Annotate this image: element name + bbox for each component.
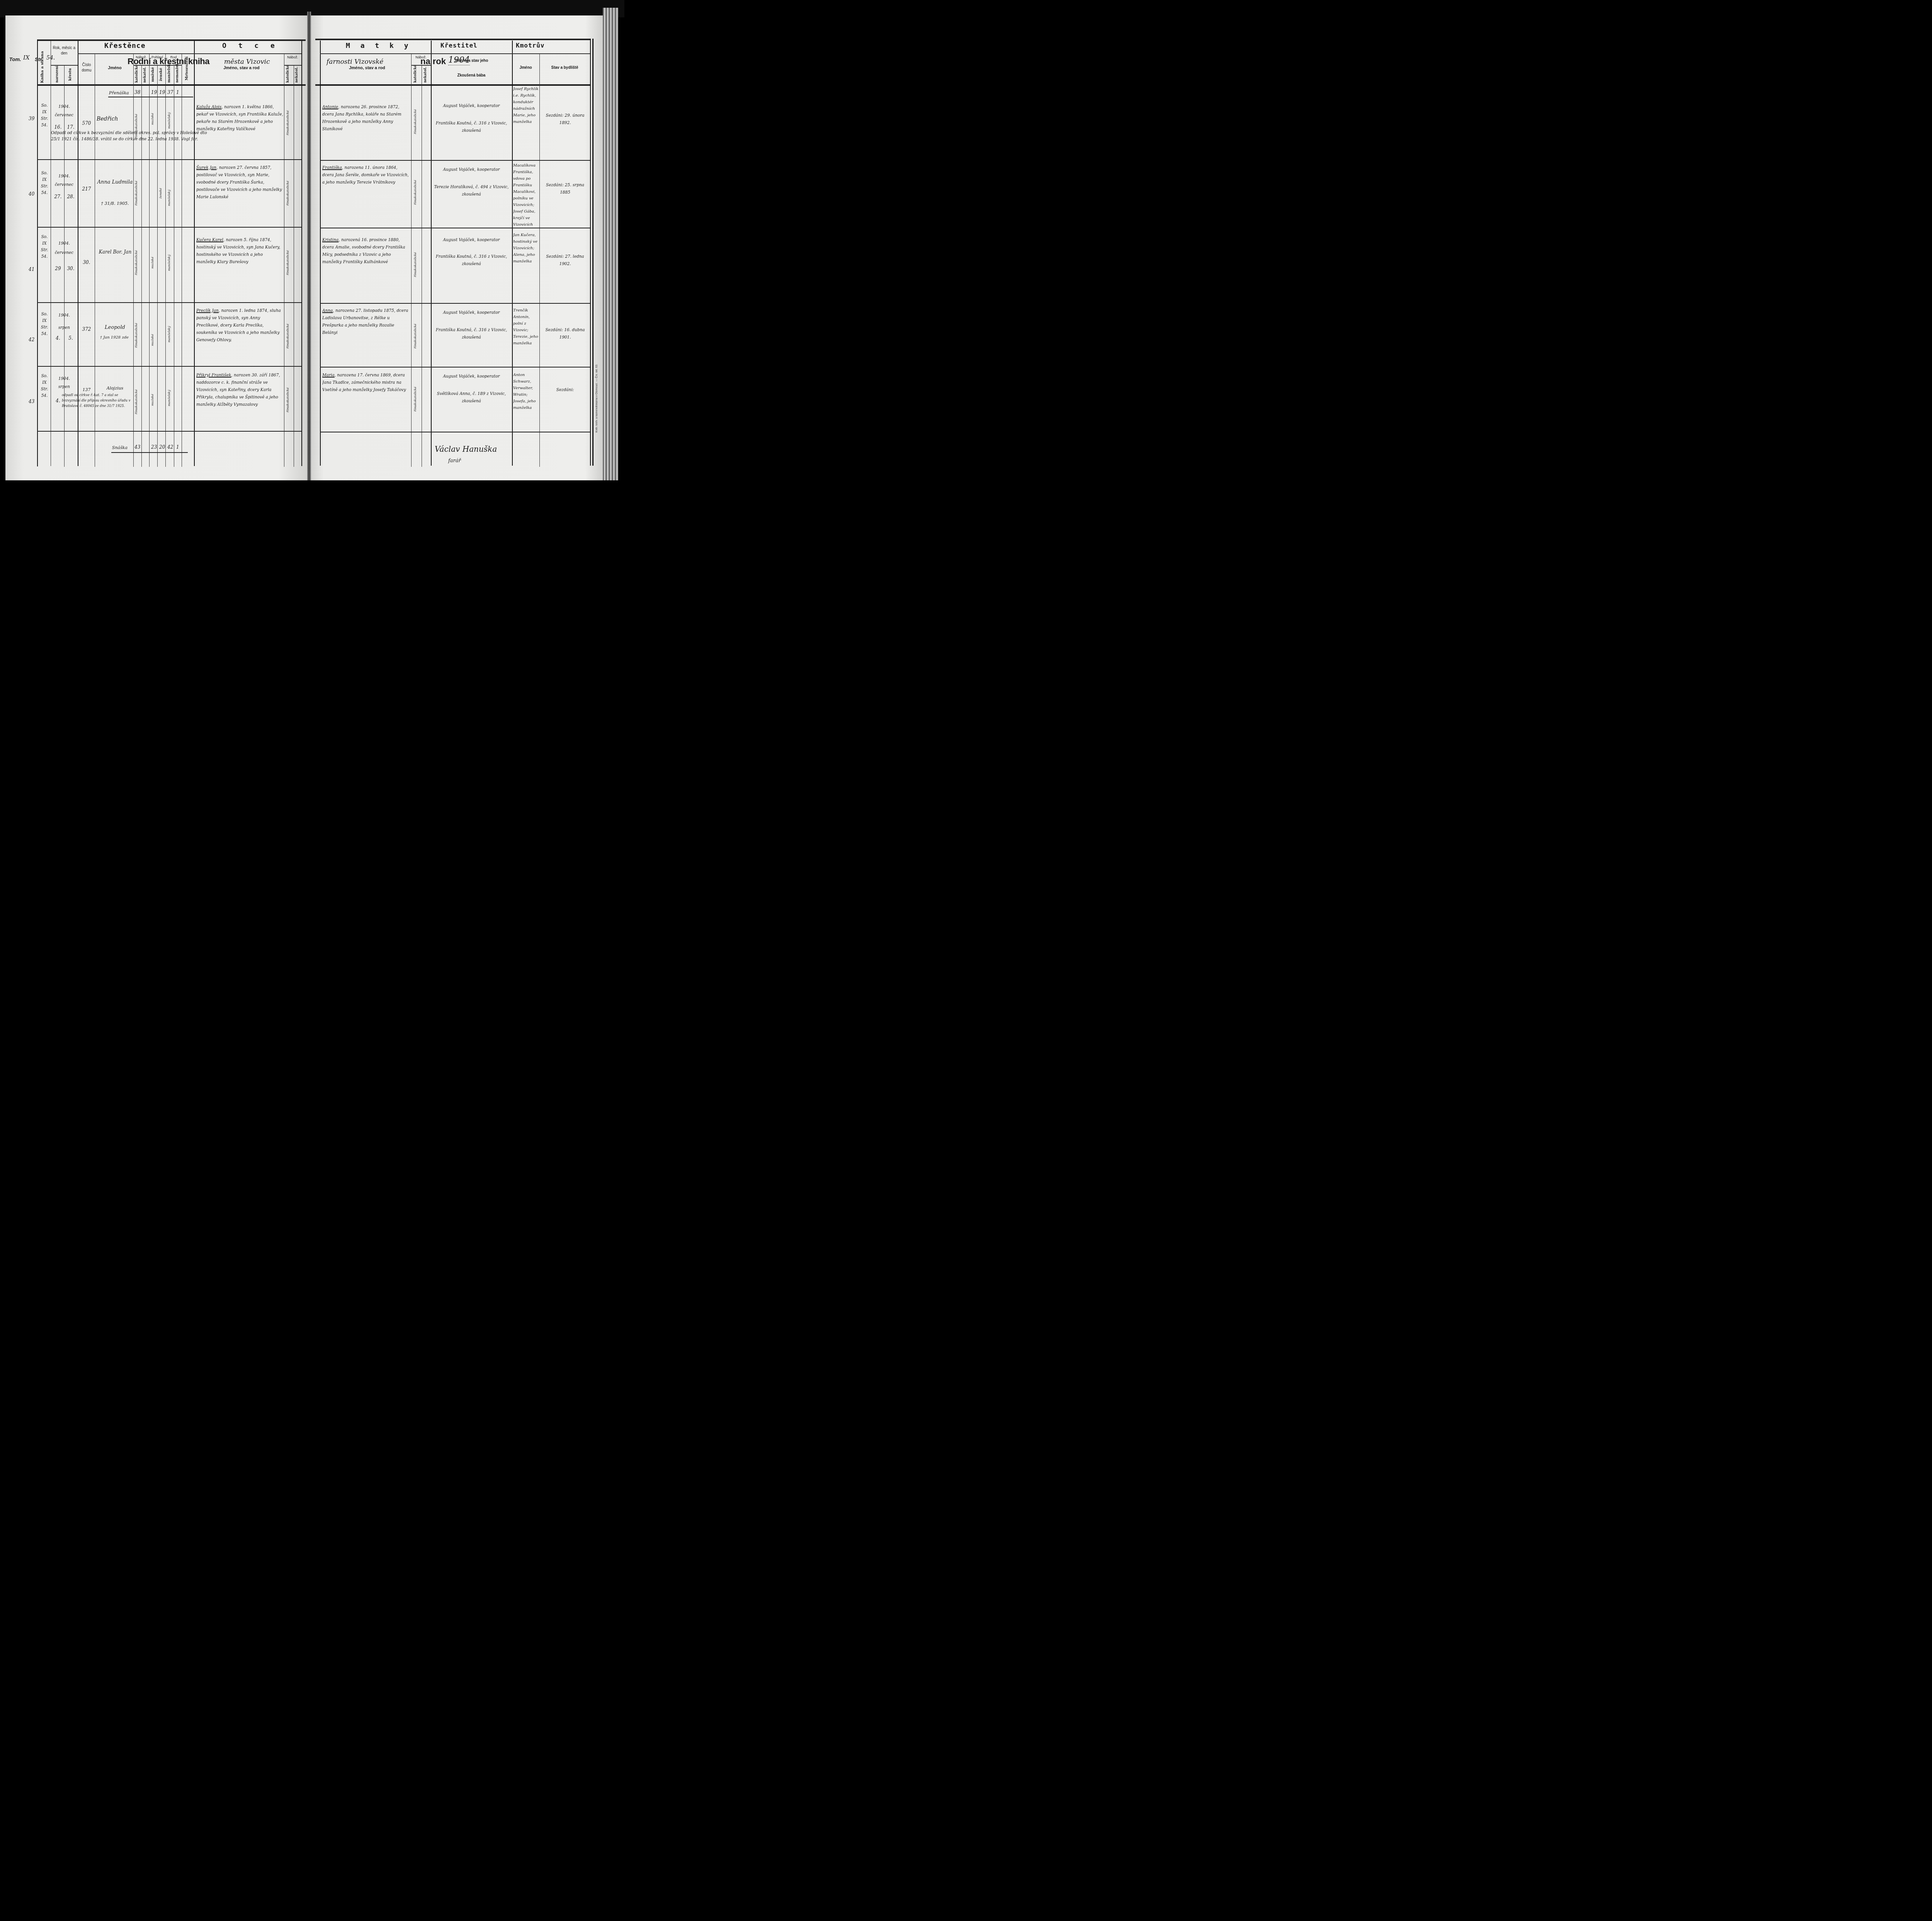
father-detail: , narozen 30. září 1867, naddozorce c. k…	[196, 373, 280, 407]
father-cell: Kučera Karel, narozen 5. října 1874, hos…	[196, 237, 283, 266]
col-divider	[165, 53, 166, 467]
signature-name: Václav Hanuška	[435, 444, 497, 454]
kniha-str: Str.	[39, 386, 50, 393]
tom-value: IX	[23, 54, 30, 61]
col-otce-katolicke: katolické	[286, 66, 290, 83]
signature-title: farář	[448, 458, 461, 464]
totals-manzelsky: 42	[167, 444, 173, 450]
carry-over-underline	[108, 97, 193, 97]
naboz-mark: římskokatolické	[134, 309, 138, 361]
kniha-strana: So. IX Str. 54.	[39, 170, 50, 196]
right-border-double	[592, 39, 594, 466]
left-border	[37, 39, 38, 466]
narozeni-day: 29	[52, 266, 64, 271]
pohlavi-mark: ženské	[159, 182, 162, 205]
pohlavi-mark: mužské	[151, 247, 154, 278]
scan-background-top	[0, 0, 624, 17]
row-number: 40	[29, 191, 34, 197]
rod-mark: manželský	[167, 315, 171, 354]
baptizer: August Vojáček, kooperator	[433, 373, 510, 380]
farnosti-value: farnosti Vizovské	[327, 58, 383, 66]
father-naboz-mark: římskokatolické	[286, 164, 289, 222]
midwife: Františka Koutná, č. 316 z Vizovic, zkou…	[433, 253, 510, 268]
col-otce-jmeno-stav-rod: Jméno, stav a rod	[201, 66, 282, 70]
header-subdivider	[51, 65, 78, 66]
father-naboz-mark: římskokatolické	[286, 93, 289, 153]
row-number: 41	[29, 267, 34, 272]
col-kmotruv: Kmotrův	[516, 42, 544, 49]
col-divider	[51, 41, 51, 466]
mother-naboz-mark: římskokatolické	[413, 236, 417, 294]
naboz-mark: římskokatolické	[134, 101, 138, 151]
kniha-strana: So. IX Str. 54.	[39, 102, 50, 129]
col-matky: M a t k y	[346, 42, 412, 50]
kniha-str: Str.	[39, 183, 50, 190]
mother-name: Františka	[322, 165, 342, 170]
col-divider	[294, 65, 294, 467]
col-manzelsky: manželský	[167, 66, 171, 83]
baptizer: August Vojáček, kooperator	[433, 309, 510, 316]
krestu-day: 5.	[65, 335, 77, 341]
apostasy-note: Odpadl od církve k bezvyznání dle sdělen…	[51, 130, 207, 142]
col-krestu: křestu	[68, 66, 72, 83]
col-matky-jmeno-stav-rod: Jméno, stav a rod	[325, 66, 410, 70]
header-subdivider	[320, 53, 590, 54]
col-zkousena-baba: Zkoušená bába	[433, 73, 510, 78]
kniha-page: 54.	[39, 393, 50, 399]
printer-note: Knih. kníh- a kamenotiskárna v Olomouci.…	[595, 340, 598, 456]
baptizer: August Vojáček, kooperator	[433, 166, 510, 174]
birth-month: srpen	[52, 325, 77, 331]
kniha-tom: IX	[39, 177, 50, 183]
mother-naboz-mark: římskokatolické	[413, 307, 417, 365]
col-otce-naboz: Nábož.	[284, 55, 301, 59]
mother-cell: Anna, narozena 27. listopadu 1875, dcera…	[322, 307, 410, 337]
kniha-strana: So. IX Str. 54.	[39, 234, 50, 260]
krestu-day: 17.	[65, 124, 77, 130]
father-cell: Kaluža Alois, narozen 1. května 1866, pe…	[196, 104, 283, 133]
rod-mark: manželský	[167, 243, 171, 282]
mother-naboz-mark: římskokatolické	[413, 371, 417, 427]
carry-over-katolicke: 38	[134, 90, 140, 95]
father-name: Preclík Jan	[196, 308, 219, 313]
child-name: Leopold	[97, 325, 133, 330]
midwife: Františka Koutná, č. 316 z Vizovic, zkou…	[433, 327, 510, 341]
father-name: Kučera Karel	[196, 238, 223, 242]
col-divider	[194, 41, 195, 466]
row-separator	[37, 431, 301, 432]
col-krestence: Křestěnce	[104, 42, 146, 50]
father-cell: Přikryl František, narozen 30. září 1867…	[196, 372, 283, 408]
col-matky-katolicke: katolické	[413, 66, 417, 83]
father-detail: , narozen 1. ledna 1874, sluha panský ve…	[196, 308, 281, 342]
birth-year: 1904.	[52, 312, 77, 319]
carry-over-label: Přenáška	[109, 90, 129, 95]
col-naboz: Nábož.	[133, 55, 149, 59]
row-separator	[320, 432, 590, 432]
cislo-domu: 372	[79, 327, 94, 332]
col-matky-naboz: Nábož.	[411, 55, 431, 59]
row-number: 43	[29, 399, 34, 404]
pohlavi-mark: mužské	[151, 325, 154, 356]
father-naboz-mark: římskokatolické	[286, 232, 289, 294]
col-cislo-domu: Číslo domu	[79, 63, 94, 73]
row-separator	[37, 159, 301, 160]
narozeni-day: 4.	[52, 335, 64, 341]
naboz-mark: římskokatolické	[134, 236, 138, 290]
child-name: Alojzius	[97, 386, 133, 391]
right-table-top-border	[315, 39, 591, 40]
tom-label: Tom.	[9, 56, 21, 62]
carry-over-manzelsky: 37	[167, 90, 173, 95]
carry-over-nemanzel: 1	[176, 90, 179, 95]
naboz-mark: římskokatolické	[134, 377, 138, 427]
totals-label: Snáška	[112, 445, 128, 450]
header-subdivider	[78, 53, 301, 54]
baptizer: August Vojáček, kooperator	[433, 102, 510, 110]
father-name: Šurek Jan	[196, 165, 216, 170]
kniha-so: So.	[39, 102, 50, 109]
col-otce: O t c e	[222, 42, 279, 50]
col-kniha-a-strana: Kniha a strana	[40, 54, 44, 83]
kniha-str: Str.	[39, 324, 50, 331]
mother-cell: Františka, narozena 11. února 1864, dcer…	[322, 164, 410, 186]
row-number: 39	[29, 116, 34, 121]
col-mrtvorozeni: Mrtvorození	[185, 54, 189, 83]
birth-year: 1904.	[52, 173, 77, 180]
col-rok-mesic-den: Rok, měsíc a den	[51, 46, 77, 56]
godparent-stav: Sezdáni:	[541, 386, 589, 394]
col-divider	[133, 53, 134, 467]
father-cell: Preclík Jan, narozen 1. ledna 1874, sluh…	[196, 307, 283, 344]
mother-cell: Maria, narozena 17. června 1869, dcera J…	[322, 372, 410, 394]
row-separator	[37, 302, 301, 303]
godparent-stav: Sezdáni: 16. dubna 1901.	[541, 327, 589, 341]
col-divider	[539, 53, 540, 467]
col-muzske: mužské	[151, 66, 155, 83]
col-zenske: ženské	[159, 66, 163, 83]
row-separator	[320, 160, 590, 161]
col-stav-bydliste: Stav a bydliště	[539, 66, 590, 70]
col-otce-nekatol: nekatol.	[295, 66, 299, 83]
rod-mark: manželský	[167, 179, 171, 217]
kniha-so: So.	[39, 234, 50, 240]
row-separator	[320, 303, 590, 304]
row-separator	[37, 366, 301, 367]
cislo-domu: 217	[79, 186, 94, 192]
baptizer: August Vojáček, kooperator	[433, 237, 510, 244]
father-detail: , narozen 27. června 1857, postilovač ve…	[196, 165, 282, 199]
midwife: Františka Koutná, č. 316 z Vizovic, zkou…	[433, 120, 510, 134]
row-separator	[320, 228, 590, 228]
birth-year: 1904.	[52, 104, 77, 110]
child-name: Bedřich	[97, 116, 133, 122]
narozeni-day: 16.	[52, 124, 64, 130]
col-jmeno: Jméno	[97, 66, 133, 70]
col-divider	[149, 53, 150, 467]
godparent: Anton Schwarz, Verwalter, Wratin; Josefa…	[513, 372, 539, 411]
cislo-domu: 137	[79, 387, 94, 392]
birth-month: červenec	[52, 112, 77, 119]
death-note: † Jan 1928 zde	[95, 335, 134, 340]
carry-over-muzske: 19	[151, 90, 157, 95]
kniha-so: So.	[39, 373, 50, 379]
birth-month: červenec	[52, 250, 77, 256]
carry-over-zenske: 19	[159, 90, 165, 95]
kniha-str: Str.	[39, 116, 50, 122]
krestu-day: 28.	[65, 194, 77, 199]
book-spine	[307, 12, 311, 480]
totals-nemanzel: 1	[176, 444, 179, 450]
cislo-domu: 30.	[79, 260, 94, 265]
kniha-tom: IX	[39, 109, 50, 116]
krestu-day: 30.	[65, 266, 77, 271]
mother-detail: , narozena 27. listopadu 1875, dcera Lad…	[322, 308, 408, 335]
narozeni-day: 27.	[52, 194, 64, 199]
right-border-right	[590, 39, 591, 466]
kniha-strana: So. IX Str. 54.	[39, 373, 50, 399]
totals-muzske: 23	[151, 444, 157, 450]
col-divider	[141, 65, 142, 467]
totals-underline	[111, 452, 188, 453]
mother-cell: Kristina, narozená 16. prosince 1880, dc…	[322, 237, 410, 266]
midwife: Světlíková Anna, č. 189 z Vizovic, zkouš…	[433, 390, 510, 405]
birth-year: 1904.	[52, 376, 77, 382]
kniha-page: 54.	[39, 190, 50, 196]
header-subdivider	[133, 65, 182, 66]
father-name: Kaluža Alois	[196, 105, 221, 109]
col-pohlavi: Pohlaví	[149, 55, 165, 59]
row-separator	[320, 367, 590, 368]
kniha-page: 54.	[39, 254, 50, 260]
col-krestitel: Křestitel	[440, 42, 478, 49]
mother-naboz-mark: římskokatolické	[413, 162, 417, 222]
child-name: Karel Bor. Jan	[97, 247, 133, 257]
col-divider	[411, 53, 412, 467]
apostasy-note: odpadl od církve ř.-kat. 7 a stal se bez…	[62, 393, 132, 409]
naboz-mark: římskokatolické	[134, 166, 138, 220]
kniha-tom: IX	[39, 240, 50, 247]
kniha-tom: IX	[39, 318, 50, 324]
kniha-so: So.	[39, 311, 50, 318]
child-name: Anna Ludmila	[97, 178, 133, 187]
col-divider	[174, 65, 174, 467]
col-divider	[512, 41, 513, 466]
godparent: Trenčík Antonín, polní z Vizovic; Terezi…	[513, 307, 539, 347]
right-header-bottom-border	[315, 84, 591, 86]
col-nemanzel: nemanžel.	[175, 66, 179, 83]
row-separator	[37, 227, 301, 228]
godparent: Jan Kučera, hostinský ve Vizovicích; Ale…	[513, 232, 539, 265]
kniha-strana: So. IX Str. 54.	[39, 311, 50, 337]
mother-naboz-mark: římskokatolické	[413, 93, 417, 151]
mother-name: Maria	[322, 373, 335, 378]
col-divider	[422, 65, 422, 467]
father-cell: Šurek Jan, narozen 27. června 1857, post…	[196, 164, 283, 201]
death-note: † 31/8. 1905.	[97, 201, 133, 206]
col-krestitel-jmeno-stav: Jméno a stav jeho	[433, 59, 510, 63]
col-nekatol: nekatol.	[143, 66, 147, 83]
mesta-value: města Vizovic	[224, 58, 270, 66]
mother-cell: Antonie, narozena 26. prosince 1872, dce…	[322, 104, 410, 133]
godparent: Josef Rychlík i.e. Rychlík, konduktér ná…	[513, 86, 539, 125]
col-kmotr-jmeno: Jméno	[512, 66, 539, 70]
kniha-page: 54.	[39, 122, 50, 129]
left-right-border	[301, 41, 302, 466]
mother-name: Anna	[322, 308, 333, 313]
birth-year: 1904.	[52, 240, 77, 247]
col-rod: Rod	[165, 55, 182, 59]
kniha-tom: IX	[39, 379, 50, 386]
rod-mark: manželský	[167, 379, 171, 417]
mother-name: Kristina	[322, 238, 338, 242]
godparent-stav: Sezdáni: 29. února 1892.	[541, 112, 589, 127]
godparent-stav: Sezdáni: 25. srpna 1885	[541, 182, 589, 196]
col-divider	[431, 41, 432, 466]
birth-month: srpen	[52, 384, 77, 390]
father-naboz-mark: římskokatolické	[286, 307, 289, 365]
pohlavi-mark: mužské	[151, 385, 154, 415]
col-narozeni: narození	[55, 66, 59, 83]
col-matky-nekatol: nekatol.	[423, 66, 427, 83]
totals-katolicke: 43	[134, 444, 140, 450]
book-page-edges	[603, 8, 618, 480]
godparent-stav: Sezdáni: 27. ledna 1902.	[541, 253, 589, 268]
godparent: Macalíkova Františka, vdova po Františku…	[513, 162, 539, 228]
row-number: 42	[29, 337, 34, 342]
kniha-str: Str.	[39, 247, 50, 254]
col-divider	[182, 53, 182, 467]
birth-month: červenec	[52, 182, 77, 188]
cislo-domu: 570	[79, 121, 94, 126]
mother-detail: , narozena 17. června 1869, dcera Jana T…	[322, 373, 406, 392]
col-katolicke: katolické	[135, 66, 139, 83]
father-name: Přikryl František	[196, 373, 231, 378]
col-divider	[157, 65, 158, 467]
kniha-so: So.	[39, 170, 50, 177]
kniha-page: 54.	[39, 331, 50, 337]
col-divider	[284, 53, 284, 467]
totals-zenske: 20	[159, 444, 165, 450]
father-naboz-mark: římskokatolické	[286, 371, 289, 429]
midwife: Terezie Horalíková, č. 494 z Vizovic, zk…	[433, 184, 510, 198]
right-border-left	[320, 41, 321, 466]
mother-name: Antonie	[322, 105, 338, 109]
